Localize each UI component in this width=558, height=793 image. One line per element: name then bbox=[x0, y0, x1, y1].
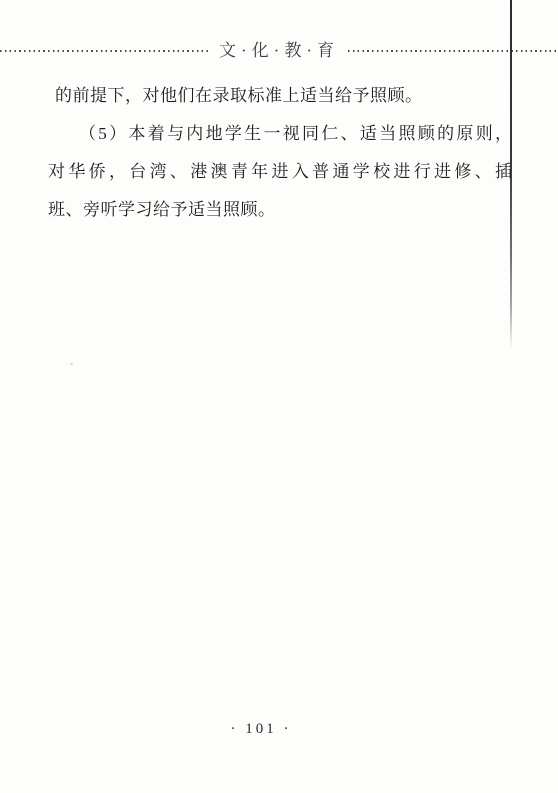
running-head-title: 文·化·教·育 bbox=[219, 40, 339, 62]
body-text-block: 的前提下，对他们在录取标准上适当给予照顾。 （5）本着与内地学生一视同仁、适当照… bbox=[48, 77, 512, 229]
paragraph-line-4: 班、旁听学习给予适当照顾。 bbox=[48, 191, 512, 229]
dotted-rule-right bbox=[348, 50, 558, 52]
page-number: · 101 · bbox=[231, 721, 292, 737]
paragraph-line-3: 对华侨，台湾、港澳青年进入普通学校进行进修、插 bbox=[48, 153, 512, 191]
scan-speck-artifact bbox=[70, 363, 73, 365]
paragraph-line-2: （5）本着与内地学生一视同仁、适当照顾的原则， bbox=[48, 115, 512, 153]
dotted-rule-left bbox=[0, 50, 210, 52]
running-head: 文·化·教·育 bbox=[0, 40, 558, 62]
scanned-book-page: 文·化·教·育 的前提下，对他们在录取标准上适当给予照顾。 （5）本着与内地学生… bbox=[0, 0, 558, 793]
page-footer: · 101 · bbox=[0, 720, 540, 738]
paragraph-line-1: 的前提下，对他们在录取标准上适当给予照顾。 bbox=[48, 77, 512, 115]
